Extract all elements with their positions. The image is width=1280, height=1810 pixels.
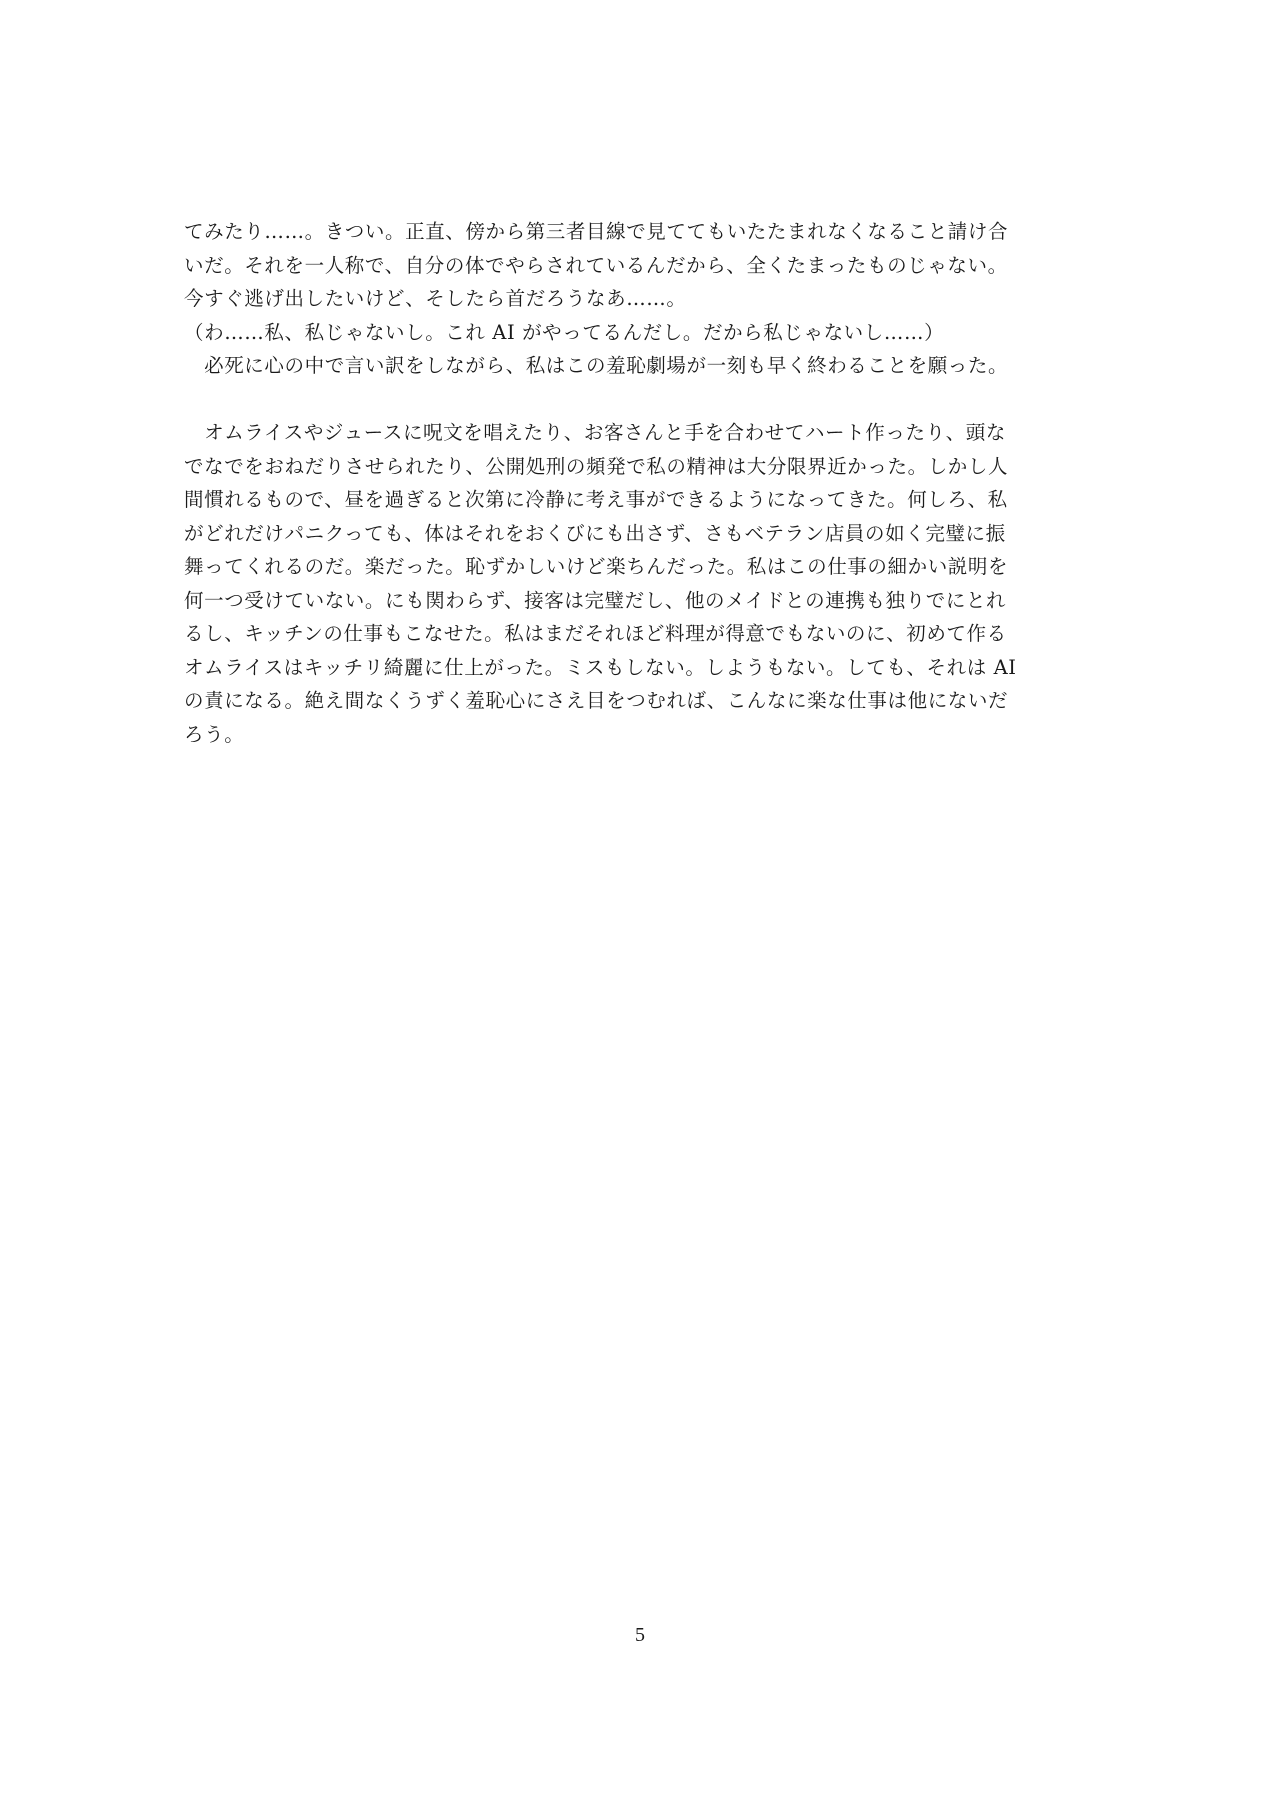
body-text: てみたり……。きつい。正直、傍から第三者目線で見ててもいたたまれなくなること請け… [184,215,1104,751]
text-line: てみたり……。きつい。正直、傍から第三者目線で見ててもいたたまれなくなること請け… [184,215,1104,249]
page-number: 5 [0,1624,1280,1647]
text-line: でなでをおねだりさせられたり、公開処刑の頻発で私の精神は大分限界近かった。しかし… [184,450,1104,484]
text-line: 間慣れるもので、昼を過ぎると次第に冷静に考え事ができるようになってきた。何しろ、… [184,483,1104,517]
text-line: るし、キッチンの仕事もこなせた。私はまだそれほど料理が得意でもないのに、初めて作… [184,617,1104,651]
text-line: 何一つ受けていない。にも関わらず、接客は完璧だし、他のメイドとの連携も独りでにと… [184,584,1104,618]
text-line: の責になる。絶え間なくうずく羞恥心にさえ目をつむれば、こんなに楽な仕事は他にない… [184,684,1104,718]
text-line: 今すぐ逃げ出したいけど、そしたら首だろうなあ……。 [184,282,1104,316]
document-page: てみたり……。きつい。正直、傍から第三者目線で見ててもいたたまれなくなること請け… [0,0,1280,1810]
text-line: 舞ってくれるのだ。楽だった。恥ずかしいけど楽ちんだった。私はこの仕事の細かい説明… [184,550,1104,584]
text-line: がどれだけパニクっても、体はそれをおくびにも出さず、さもベテラン店員の如く完璧に… [184,517,1104,551]
paragraph-break [184,383,1104,417]
text-line: オムライスやジュースに呪文を唱えたり、お客さんと手を合わせてハート作ったり、頭な [184,416,1104,450]
inner-thought-line: （わ……私、私じゃないし。これ AI がやってるんだし。だから私じゃないし……） [184,316,1104,350]
text-line: いだ。それを一人称で、自分の体でやらされているんだから、全くたまったものじゃない… [184,249,1104,283]
text-line: ろう。 [184,718,1104,752]
text-line: 必死に心の中で言い訳をしながら、私はこの羞恥劇場が一刻も早く終わることを願った。 [184,349,1104,383]
text-line: オムライスはキッチリ綺麗に仕上がった。ミスもしない。しようもない。しても、それは… [184,651,1104,685]
